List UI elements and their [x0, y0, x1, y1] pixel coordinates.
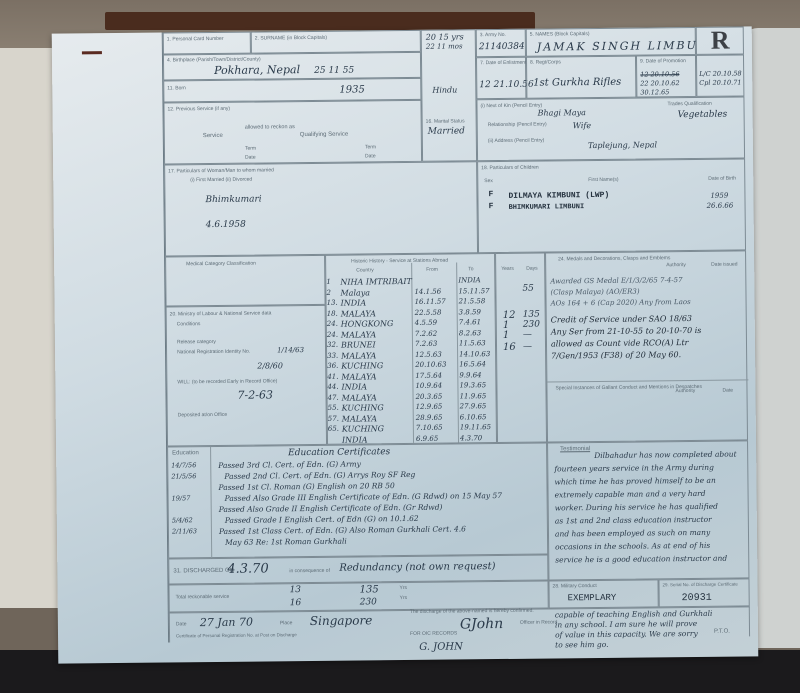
history-row-from: 12.9.65 [416, 403, 443, 411]
history-row-to: 11.5.63 [459, 339, 486, 347]
history-row-country: BRUNEI [341, 340, 376, 349]
history-row-to: 3.8.59 [459, 308, 481, 316]
history-row-country: KUCHING [341, 361, 383, 370]
history-row-country: MALAYA [341, 309, 376, 318]
history-row-from: 14.1.56 [414, 287, 441, 295]
medal-entry: 7/Gen/1953 (F38) of 20 May 60. [551, 350, 681, 360]
history-row-to: 14.10.63 [459, 350, 490, 358]
divider [547, 379, 748, 382]
history-row-number: 55. [328, 404, 339, 412]
history-row-to: 6.10.65 [460, 413, 487, 421]
history-row-country: KUCHING [342, 403, 384, 412]
testimonial-continued-line: to see him go. [555, 640, 608, 650]
cell-education: Education Education Certificates 14/7/56… [167, 443, 548, 559]
history-row-from: 10.9.64 [415, 382, 442, 390]
history-row-number: 33. [327, 351, 338, 359]
history-row-from: 20.3.65 [415, 392, 442, 400]
education-date: 2/11/63 [172, 527, 197, 535]
history-row-to: 19.3.65 [459, 381, 486, 389]
testimonial-line: worker. During his service he has qualif… [555, 502, 718, 513]
history-row-to: 21.5.58 [459, 297, 486, 305]
cell-marriage: 17. Particulars of Woman/Man to whom mar… [164, 161, 478, 256]
service-days: 135 [523, 310, 540, 320]
history-row-to: 9.9.64 [459, 371, 481, 379]
history-row-from: 20.10.63 [415, 361, 446, 369]
education-date: 21/5/56 [171, 472, 196, 480]
history-row-number: 2 [326, 288, 331, 296]
history-row-from: 7.2.62 [415, 329, 437, 337]
history-row-number: 44. [327, 383, 338, 391]
history-row-from: 28.9.65 [416, 413, 443, 421]
service-length-row: 1230 [497, 320, 547, 321]
history-row-number: 47. [328, 393, 339, 401]
education-entry: Passed Also Grade II English Certificate… [219, 503, 443, 514]
medal-entry: AOs 164 + 6 (Cap 2020) Any from Laos [551, 298, 691, 307]
history-row-number: 1 [326, 278, 331, 286]
history-row-to: 7.4.61 [459, 318, 481, 326]
history-row-country: MALAYA [342, 393, 377, 402]
history-row-number: 24. [327, 320, 338, 328]
education-entry: Passed 1st Class Cert. of Edn. (G) Also … [219, 524, 466, 536]
history-row-country: MALAYA [341, 372, 376, 381]
testimonial-line: extremely capable man and a very hard [555, 489, 706, 500]
history-row-to: 4.3.70 [460, 434, 482, 442]
testimonial-continued-line: in any school. I am sure he will prove [555, 619, 697, 629]
testimonial-continued-line: capable of teaching English and Gurkhali [555, 609, 713, 620]
cell-rank-dates-right: L/C 20.10.58 Cpl 20.10.71 [696, 54, 744, 97]
education-date: 5/4/62 [172, 516, 193, 524]
testimonial-line: fourteen years service in the Army durin… [554, 463, 714, 474]
cell-discharged: 31. DISCHARGED ON 4.3.70 in consequence … [168, 555, 548, 585]
history-row-number: 24. [327, 330, 338, 338]
cell-birthplace: 4. Birthplace (Parish/Town/District/Coun… [163, 52, 421, 81]
cell-children: 18. Particulars of Children Sex First Na… [477, 158, 746, 253]
history-row-to: 8.2.63 [459, 329, 481, 337]
education-entries: Passed 3rd Cl. Cert. of Edn. (G) ArmyPas… [216, 458, 546, 461]
history-row-to: INDIA [458, 276, 480, 284]
history-row-country: MALAYA [342, 414, 377, 423]
testimonial-line: service he is a good education instructo… [555, 554, 727, 565]
cell-ministry-labour: 20. Ministry of Labour & National Servic… [166, 305, 327, 447]
history-row-country: INDIA [341, 382, 367, 391]
cell-testimonial: Testimonial Dilbahadur has now completed… [547, 440, 749, 580]
history-row-country: INDIA [342, 435, 368, 444]
cell-personal-card: 1. Personal Card Number [163, 32, 251, 55]
service-days: — [523, 342, 532, 352]
education-entry: Passed 2nd Cl. Cert. of Edn. (G) Arrys R… [224, 470, 415, 481]
history-row-from: 12.5.63 [415, 350, 442, 358]
cell-previous-service: 12. Previous Service (if any) allowed to… [163, 100, 422, 165]
history-row-to: 19.11.65 [460, 423, 491, 431]
education-entry: Passed Also Grade III English Certificat… [225, 491, 503, 503]
testimonial-line: which time he has proved himself to be a… [554, 476, 715, 487]
education-date: 14/7/56 [171, 461, 196, 469]
cell-military-conduct: 28. Military Conduct EXEMPLARY [548, 579, 658, 608]
cell-medals: 24. Medals and Decorations, Clasps and E… [545, 250, 748, 442]
history-row-from: 4.5.59 [415, 319, 437, 327]
history-row-number: 65. [328, 425, 339, 433]
history-row-from: 7.2.63 [415, 340, 437, 348]
history-row-number: 41. [327, 372, 338, 380]
history-row-number: 18. [327, 309, 338, 317]
testimonial-line: Dilbahadur has now completed about [594, 450, 736, 460]
cell-form-badge: R [696, 26, 744, 55]
history-row-to: 15.11.57 [458, 287, 489, 295]
history-row-from: 17.5.64 [415, 371, 442, 379]
education-entry: May 63 Re: 1st Roman Gurkhali [225, 537, 347, 547]
testimonial-line: as 1st and 2nd class education instructo… [555, 515, 712, 526]
education-entry: Passed 3rd Cl. Cert. of Edn. (G) Army [218, 459, 361, 469]
service-length-row: 12135 [497, 310, 547, 311]
service-years: 1 [503, 330, 509, 341]
history-row-to: 11.9.65 [459, 392, 486, 400]
service-record-sheet: 1. Personal Card Number 2. SURNAME (in B… [52, 26, 759, 663]
history-row-number: 36. [327, 362, 338, 370]
history-row-country: Malaya [340, 288, 370, 297]
cell-discharge-cert: 29. Serial No. of Discharge Certificate … [658, 578, 749, 607]
service-days: 55 [522, 284, 534, 294]
cell-army-no: 3. Army No. 21140384 [476, 29, 526, 58]
testimonial-continued-line: of value in this capacity. We are sorry [555, 629, 698, 639]
medal-rows: Awarded GS Medal E/1/3/2/65 7-4-57(Clasp… [550, 275, 745, 277]
cell-medical-category: Medical Category Classification [165, 255, 326, 307]
education-entry: Passed Grade I English Cert. of Edn (G) … [225, 514, 419, 525]
history-row-country: KUCHING [342, 424, 384, 433]
medal-entry: Credit of Service under SAO 18/63 [551, 314, 692, 324]
testimonial-line: and has been employed as such on many [555, 528, 710, 539]
cell-age-column: 20 15 yrs 22 11 mos Hindu 16. Marital St… [421, 29, 477, 162]
service-length-column: Years Days 551213512301—16— [495, 253, 547, 444]
education-date: 19/57 [172, 494, 191, 502]
service-length-row: 16— [497, 342, 547, 343]
history-row-to: 16.5.64 [459, 360, 486, 368]
history-row-number: 57. [328, 414, 339, 422]
history-row-country: MALAYA [341, 330, 376, 339]
history-row-from: 16.11.57 [415, 298, 446, 306]
history-row-country: HONGKONG [341, 319, 394, 329]
medal-entry: Awarded GS Medal E/1/3/2/65 7-4-57 [550, 276, 682, 285]
history-table: Historic History - Service at Stations A… [325, 253, 497, 445]
medal-entry: Any Ser from 21-10-55 to 20-10-70 is [551, 326, 702, 337]
education-entry: Passed 1st Cl. Roman (G) English on 20 R… [218, 481, 394, 492]
service-length-row: 55 [496, 284, 546, 285]
cell-born: 11. Born 1935 [163, 78, 421, 103]
history-row-from: 7.10.65 [416, 424, 443, 432]
testimonial-line: occasions in the schools. As at end of h… [555, 541, 710, 552]
history-row-from: 6.9.65 [416, 434, 438, 442]
history-row-country: MALAYA [341, 351, 376, 360]
punch-slot [82, 51, 102, 54]
medal-entry: (Clasp Malaya) (AO/ER3) [550, 288, 639, 297]
cell-surname-header: 2. SURNAME (in Block Capitals) [251, 30, 421, 54]
history-row-from: 22.5.58 [415, 308, 442, 316]
history-rows: 1NIHA IMTRIBAITINDIA2Malaya14.1.5615.11.… [326, 276, 498, 448]
background-wood-shelf [105, 12, 535, 30]
child-row: F BHIMKUMARI LIMBUNI 26.6.66 [478, 159, 744, 162]
cell-promotion-dates: 9. Date of Promotion 12 20.10.56 22 20.1… [636, 55, 696, 98]
history-row-country: INDIA [341, 298, 367, 307]
divider [210, 447, 212, 559]
cell-enlist-date: 7. Date of Enlistment 12 21.10.56 [476, 57, 526, 100]
child-row: F DILMAYA KIMBUNI (LWP) 1959 [478, 159, 744, 162]
service-days: 230 [523, 320, 540, 330]
history-row-number: 13. [327, 299, 338, 307]
history-row-to: 27.9.65 [460, 402, 487, 410]
medal-entry: allowed as Count vide RCO(A) Ltr [551, 338, 689, 348]
service-years: 16 [503, 342, 516, 353]
service-days: — [523, 330, 532, 340]
history-row-country: NIHA IMTRIBAIT [340, 277, 412, 287]
length-rows: 551213512301—16— [496, 284, 546, 285]
signature: GJohn [460, 616, 503, 632]
cell-next-of-kin: (i) Next of Kin (Pencil Entry) Bhagi May… [476, 96, 745, 161]
form-grid: 1. Personal Card Number 2. SURNAME (in B… [162, 26, 758, 642]
cell-names: 5. NAMES (Block Capitals) JAMAK SINGH LI… [526, 27, 696, 57]
history-row-number: 32. [327, 341, 338, 349]
cell-regt: 8. Regt/Corps 1st Gurkha Rifles [526, 56, 636, 99]
